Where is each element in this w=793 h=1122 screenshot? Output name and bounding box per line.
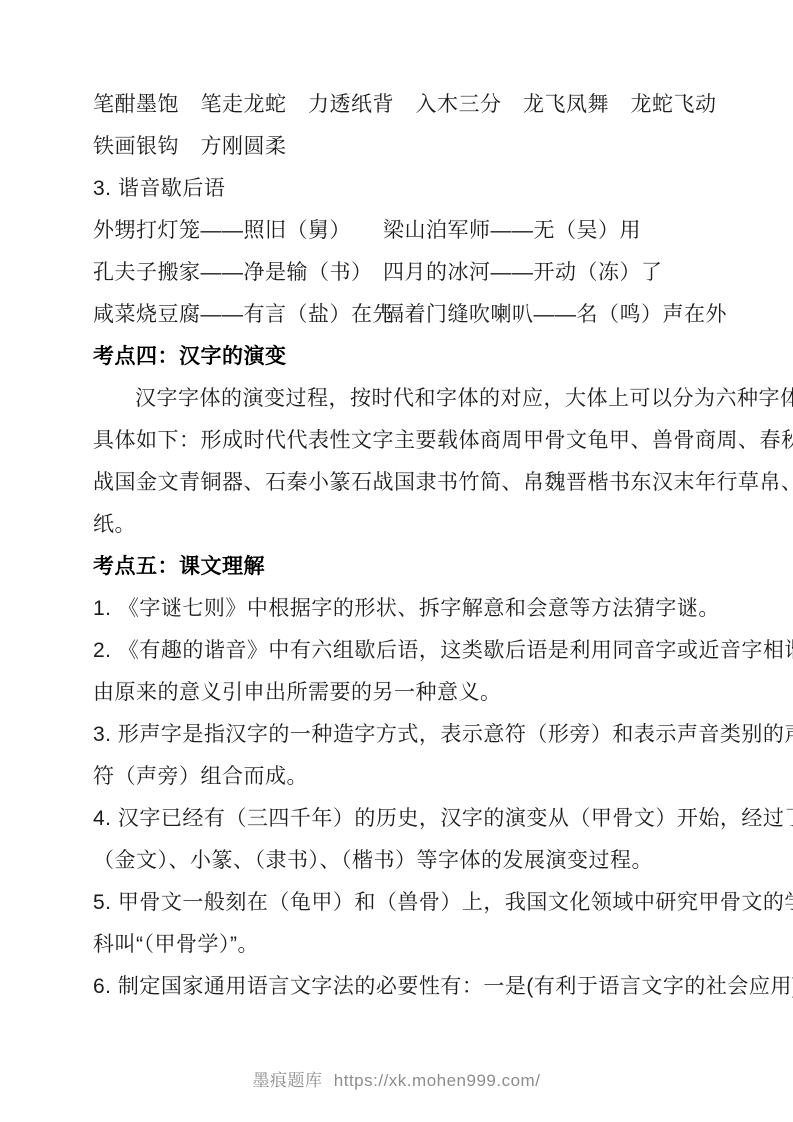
text-line: 战国金文青铜器、石秦小篆石战国隶书竹简、帛魏晋楷书东汉末年行草帛、: [93, 462, 753, 504]
text-line: 汉字字体的演变过程，按时代和字体的对应，大体上可以分为六种字体，: [93, 378, 753, 420]
text-line: 3. 谐音歇后语: [93, 168, 753, 210]
homophone-left: 咸菜烧豆腐——有言（盐）在先: [93, 294, 383, 336]
text-line: 6. 制定国家通用语言文字法的必要性有：一是(有利于语言文字的社会应用)；: [93, 966, 753, 1008]
text-line: 科叫“（甲骨学）”。: [93, 924, 753, 966]
text-line: 1. 《字谜七则》中根据字的形状、拆字解意和会意等方法猜字谜。: [93, 588, 753, 630]
homophone-right: 隔着门缝吹喇叭——名（鸣）声在外: [383, 294, 727, 336]
homophone-row: 咸菜烧豆腐——有言（盐）在先隔着门缝吹喇叭——名（鸣）声在外: [93, 294, 753, 336]
text-line: 由原来的意义引申出所需要的另一种意义。: [93, 672, 753, 714]
section-heading: 考点五：课文理解: [93, 546, 753, 588]
text-line: 4. 汉字已经有（三四千年）的历史，汉字的演变从（甲骨文）开始，经过了: [93, 798, 753, 840]
text-line: 2. 《有趣的谐音》中有六组歇后语，这类歇后语是利用同音字或近音字相谐，: [93, 630, 753, 672]
text-line: 具体如下：形成时代代表性文字主要载体商周甲骨文龟甲、兽骨商周、春秋、: [93, 420, 753, 462]
document-page: 笔酣墨饱 笔走龙蛇 力透纸背 入木三分 龙飞凤舞 龙蛇飞动铁画银钩 方刚圆柔3.…: [0, 0, 793, 1122]
section-heading: 考点四：汉字的演变: [93, 336, 753, 378]
homophone-right: 梁山泊军师——无（吴）用: [383, 210, 641, 252]
footer-site-url: https://xk.mohen999.com/: [334, 1066, 541, 1096]
homophone-left: 外甥打灯笼——照旧（舅）: [93, 210, 383, 252]
page-footer: 墨痕题库 https://xk.mohen999.com/: [0, 1066, 793, 1096]
text-line: 笔酣墨饱 笔走龙蛇 力透纸背 入木三分 龙飞凤舞 龙蛇飞动: [93, 84, 753, 126]
homophone-row: 孔夫子搬家——净是输（书）四月的冰河——开动（冻）了: [93, 252, 753, 294]
text-line: 5. 甲骨文一般刻在（龟甲）和（兽骨）上，我国文化领域中研究甲骨文的学: [93, 882, 753, 924]
text-line: 符（声旁）组合而成。: [93, 756, 753, 798]
text-line: （金文）、小篆、（隶书）、（楷书）等字体的发展演变过程。: [93, 840, 753, 882]
text-line: 铁画银钩 方刚圆柔: [93, 126, 753, 168]
homophone-row: 外甥打灯笼——照旧（舅）梁山泊军师——无（吴）用: [93, 210, 753, 252]
homophone-left: 孔夫子搬家——净是输（书）: [93, 252, 383, 294]
homophone-right: 四月的冰河——开动（冻）了: [383, 252, 663, 294]
footer-site-name: 墨痕题库: [253, 1066, 323, 1096]
text-line: 3. 形声字是指汉字的一种造字方式，表示意符（形旁）和表示声音类别的声: [93, 714, 753, 756]
document-content: 笔酣墨饱 笔走龙蛇 力透纸背 入木三分 龙飞凤舞 龙蛇飞动铁画银钩 方刚圆柔3.…: [93, 84, 753, 1008]
text-line: 纸。: [93, 504, 753, 546]
